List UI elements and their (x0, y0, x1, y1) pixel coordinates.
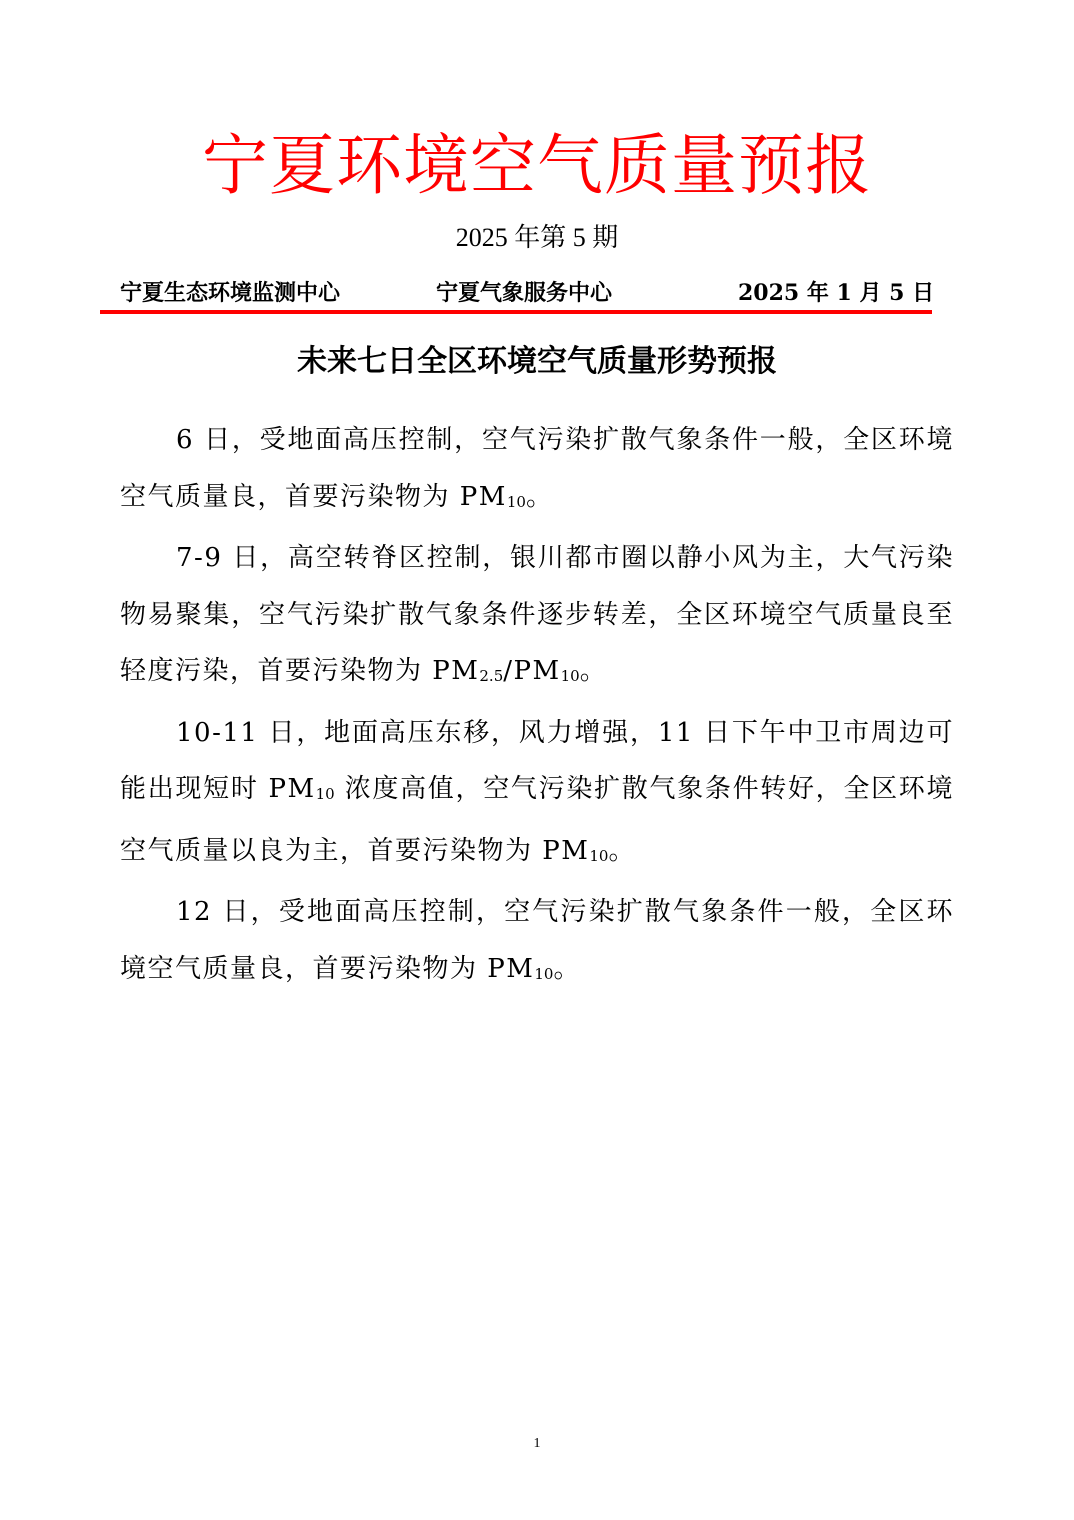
paragraph-days-7-9: 7-9 日，高空转脊区控制，银川都市圈以静小风为主，大气污染物易聚集，空气污染扩… (120, 530, 954, 705)
paragraph-days-10-11: 10-11 日，地面高压东移，风力增强，11 日下午中卫市周边可能出现短时 PM… (120, 705, 954, 885)
issue-number: 2025 年第 5 期 (0, 220, 1074, 256)
subscript: 10 (534, 965, 553, 983)
paragraph-day-12: 12 日，受地面高压控制，空气污染扩散气象条件一般，全区环境空气质量良，首要污染… (120, 884, 954, 1002)
text-run: 。 (553, 954, 581, 984)
forecast-headline: 未来七日全区环境空气质量形势预报 (0, 340, 1074, 384)
text-run: 。 (608, 836, 636, 866)
subscript: 10 (507, 493, 526, 511)
red-divider-rule (100, 310, 932, 314)
subscript: 10 (316, 785, 335, 803)
subscript: 2.5 (479, 667, 503, 685)
subscript: 10 (589, 847, 608, 865)
subscript: 10 (561, 667, 580, 685)
text-run: /PM (503, 656, 560, 686)
issuing-org-meteorology: 宁夏气象服务中心 (436, 276, 612, 310)
issue-date: 2025 年 1 月 5 日 (738, 276, 934, 310)
text-run: 。 (526, 482, 554, 512)
issuing-org-ecology: 宁夏生态环境监测中心 (120, 276, 340, 310)
masthead-title: 宁夏环境空气质量预报 (0, 126, 1074, 206)
page-number: 1 (0, 1436, 1074, 1452)
paragraph-day-6: 6 日，受地面高压控制，空气污染扩散气象条件一般，全区环境空气质量良，首要污染物… (120, 412, 954, 530)
text-run: 。 (580, 656, 608, 686)
forecast-body: 6 日，受地面高压控制，空气污染扩散气象条件一般，全区环境空气质量良，首要污染物… (120, 412, 954, 1002)
